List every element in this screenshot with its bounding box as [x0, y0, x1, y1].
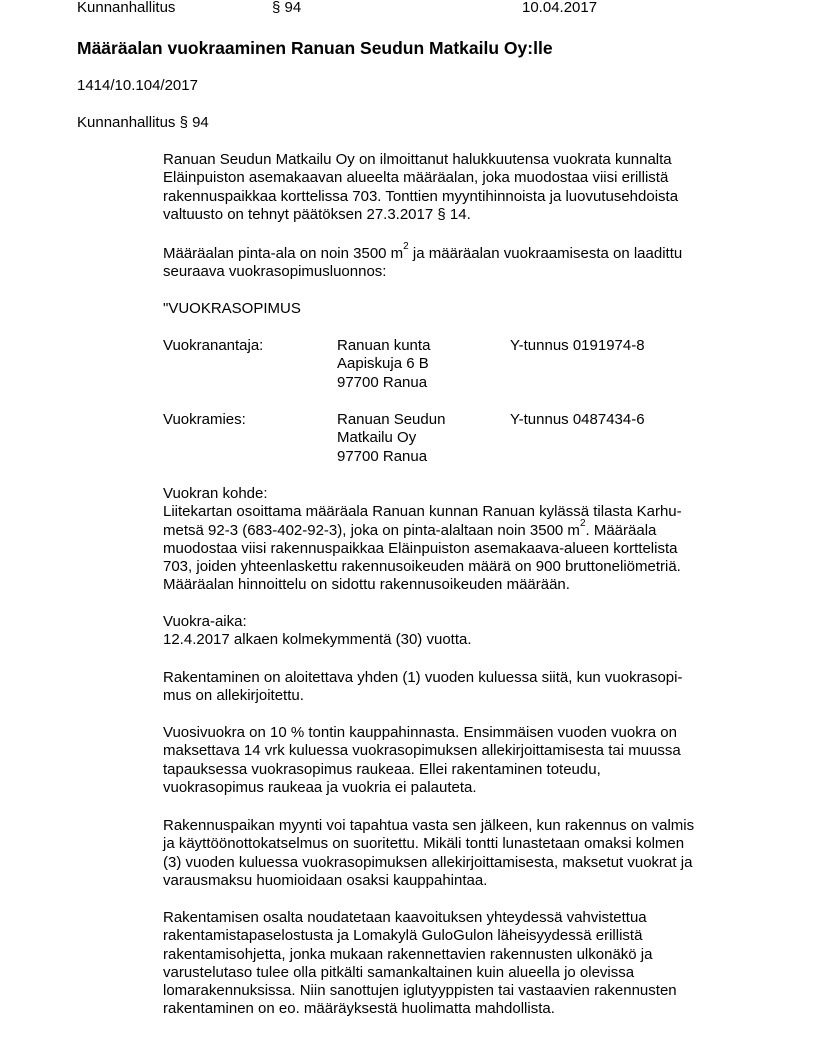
lessor-label: Vuokranantaja:: [163, 337, 263, 355]
address-line: Matkailu Oy: [337, 429, 445, 447]
section-heading: Kunnanhallitus § 94: [77, 114, 209, 132]
paragraph-line: Vuosivuokra on 10 % tontin kauppahinnast…: [163, 724, 763, 742]
address-line: 97700 Ranua: [337, 448, 445, 466]
address-line: 97700 Ranua: [337, 374, 430, 392]
address-line: Ranuan kunta: [337, 337, 430, 355]
header-date: 10.04.2017: [522, 0, 597, 18]
term-text: 12.4.2017 alkaen kolmekymmentä (30) vuot…: [163, 631, 763, 649]
area-text: ja määräalan vuokraamisesta on laadittu: [409, 245, 683, 262]
document-title: Määräalan vuokraaminen Ranuan Seudun Mat…: [77, 37, 553, 59]
area-text: Määräalan pinta-ala on noin 3500 m: [163, 245, 403, 262]
paragraph-line: rakentamisohjetta, jonka mukaan rakennet…: [163, 946, 763, 964]
intro-line: Eläinpuiston asemakaavan alueelta määräa…: [163, 169, 763, 187]
object-line: Määräalan hinnoittelu on sidottu rakennu…: [163, 576, 763, 594]
intro-line: valtuusto on tehnyt päätöksen 27.3.2017 …: [163, 206, 763, 224]
building-rules-paragraph: Rakentamisen osalta noudatetaan kaavoitu…: [163, 909, 763, 1019]
lessor-business-id: Y-tunnus 0191974-8: [510, 337, 645, 355]
superscript: 2: [403, 241, 409, 252]
reference-number: 1414/10.104/2017: [77, 77, 198, 95]
paragraph-line: tapauksessa vuokrasopimus raukeaa. Ellei…: [163, 761, 763, 779]
object-line: 703, joiden yhteenlaskettu rakennusoikeu…: [163, 558, 763, 576]
paragraph-line: (3) vuoden kuluessa vuokrasopimuksen all…: [163, 854, 763, 872]
address-line: Aapiskuja 6 B: [337, 355, 430, 373]
lessee-business-id: Y-tunnus 0487434-6: [510, 411, 645, 429]
contract-title: "VUOKRASOPIMUS: [163, 300, 763, 318]
lease-term-paragraph: Vuokra-aika: 12.4.2017 alkaen kolmekymme…: [163, 613, 763, 650]
lease-object-paragraph: Vuokran kohde: Liitekartan osoittama mää…: [163, 485, 763, 595]
paragraph-line: ja käyttöönottokatselmus on suoritettu. …: [163, 835, 763, 853]
lessor-address: Ranuan kunta Aapiskuja 6 B 97700 Ranua: [337, 337, 430, 392]
sale-paragraph: Rakennuspaikan myynti voi tapahtua vasta…: [163, 817, 763, 890]
object-line: Liitekartan osoittama määräala Ranuan ku…: [163, 503, 763, 521]
paragraph-line: Rakentaminen on aloitettava yhden (1) vu…: [163, 669, 763, 687]
term-heading: Vuokra-aika:: [163, 613, 763, 631]
object-heading: Vuokran kohde:: [163, 485, 763, 503]
object-text: metsä 92-3 (683-402-92-3), joka on pinta…: [163, 522, 580, 539]
paragraph-line: varausmaksu huomioidaan osaksi kauppahin…: [163, 872, 763, 890]
paragraph-line: rakentaminen on eo. määräyksestä huolima…: [163, 1000, 763, 1018]
paragraph-line: Rakentamisen osalta noudatetaan kaavoitu…: [163, 909, 763, 927]
paragraph-line: Rakennuspaikan myynti voi tapahtua vasta…: [163, 817, 763, 835]
paragraph-line: vuokrasopimus raukeaa ja vuokria ei pala…: [163, 779, 763, 797]
construction-start-paragraph: Rakentaminen on aloitettava yhden (1) vu…: [163, 669, 763, 706]
paragraph-line: varustelutaso tulee olla pitkälti samank…: [163, 964, 763, 982]
header-body: Kunnanhallitus: [77, 0, 175, 18]
intro-line: Ranuan Seudun Matkailu Oy on ilmoittanut…: [163, 151, 763, 169]
paragraph-line: lomarakennuksissa. Niin sanottujen iglut…: [163, 982, 763, 1000]
object-line: muodostaa viisi rakennuspaikkaa Eläinpui…: [163, 540, 763, 558]
paragraph-line: mus on allekirjoitettu.: [163, 687, 763, 705]
paragraph-line: maksettava 14 vrk kuluessa vuokrasopimuk…: [163, 742, 763, 760]
object-text: . Määräala: [586, 522, 657, 539]
lessee-address: Ranuan Seudun Matkailu Oy 97700 Ranua: [337, 411, 445, 466]
superscript: 2: [580, 518, 586, 529]
intro-line: rakennuspaikkaa korttelissa 703. Tonttie…: [163, 188, 763, 206]
header-section: § 94: [272, 0, 301, 18]
area-paragraph: Määräalan pinta-ala on noin 3500 m2 ja m…: [163, 245, 763, 282]
paragraph-line: rakentamistapaselostusta ja Lomakylä Gul…: [163, 927, 763, 945]
intro-paragraph: Ranuan Seudun Matkailu Oy on ilmoittanut…: [163, 151, 763, 224]
area-line: seuraava vuokrasopimusluonnos:: [163, 263, 763, 281]
address-line: Ranuan Seudun: [337, 411, 445, 429]
lessee-label: Vuokramies:: [163, 411, 246, 429]
annual-rent-paragraph: Vuosivuokra on 10 % tontin kauppahinnast…: [163, 724, 763, 797]
